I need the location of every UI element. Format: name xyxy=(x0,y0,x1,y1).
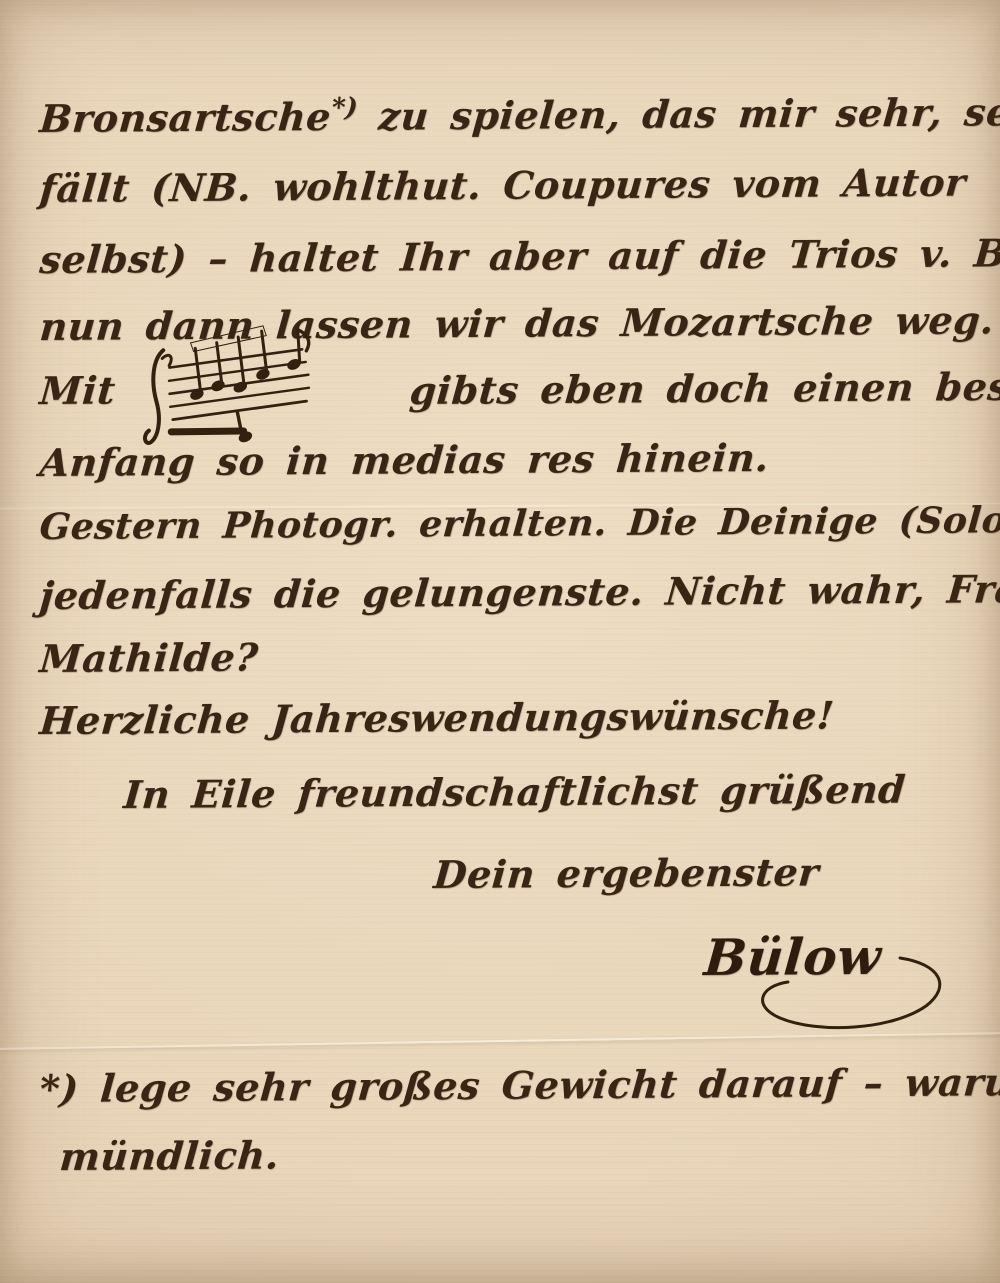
signature-flourish xyxy=(648,930,968,1040)
letter-line-2: fällt (NB. wohlthut. Coupures vom Autor xyxy=(38,160,968,211)
letter-line-3: selbst) – haltet Ihr aber auf die Trios … xyxy=(38,229,1000,282)
letter-line-1: Bronsartsche*) zu spielen, das mir sehr,… xyxy=(38,87,1000,141)
letter-line-10: Herzliche Jahreswendungswünsche! xyxy=(38,692,836,743)
footnote-line-1: *) lege sehr großes Gewicht darauf – war… xyxy=(38,1059,1000,1111)
footnote-marker-ref: *) xyxy=(331,93,359,123)
letter-line-6: Anfang so in medias res hinein. xyxy=(38,435,771,485)
letter-page: Bronsartsche*) zu spielen, das mir sehr,… xyxy=(0,0,1000,1283)
letter-line-11: In Eile freundschaftlichst grüßend xyxy=(122,767,907,817)
letter-line-12: Dein ergebenster xyxy=(432,849,821,897)
letter-line-8: jedenfalls die gelungenste. Nicht wahr, … xyxy=(38,566,1000,618)
letter-line-1-text: Bronsartsche xyxy=(38,94,333,141)
letter-line-1-text-cont: zu spielen, das mir sehr, sehr ge- xyxy=(377,88,1000,138)
letter-line-9: Mathilde? xyxy=(38,634,260,681)
letter-line-5-cont: gibts eben doch einen besseren xyxy=(408,363,1000,413)
letter-line-7: Gestern Photogr. erhalten. Die Deinige (… xyxy=(38,498,1000,548)
letter-line-5-mit: Mit xyxy=(38,367,117,413)
footnote-line-2: mündlich. xyxy=(58,1132,281,1179)
music-notation-sketch xyxy=(138,320,333,452)
